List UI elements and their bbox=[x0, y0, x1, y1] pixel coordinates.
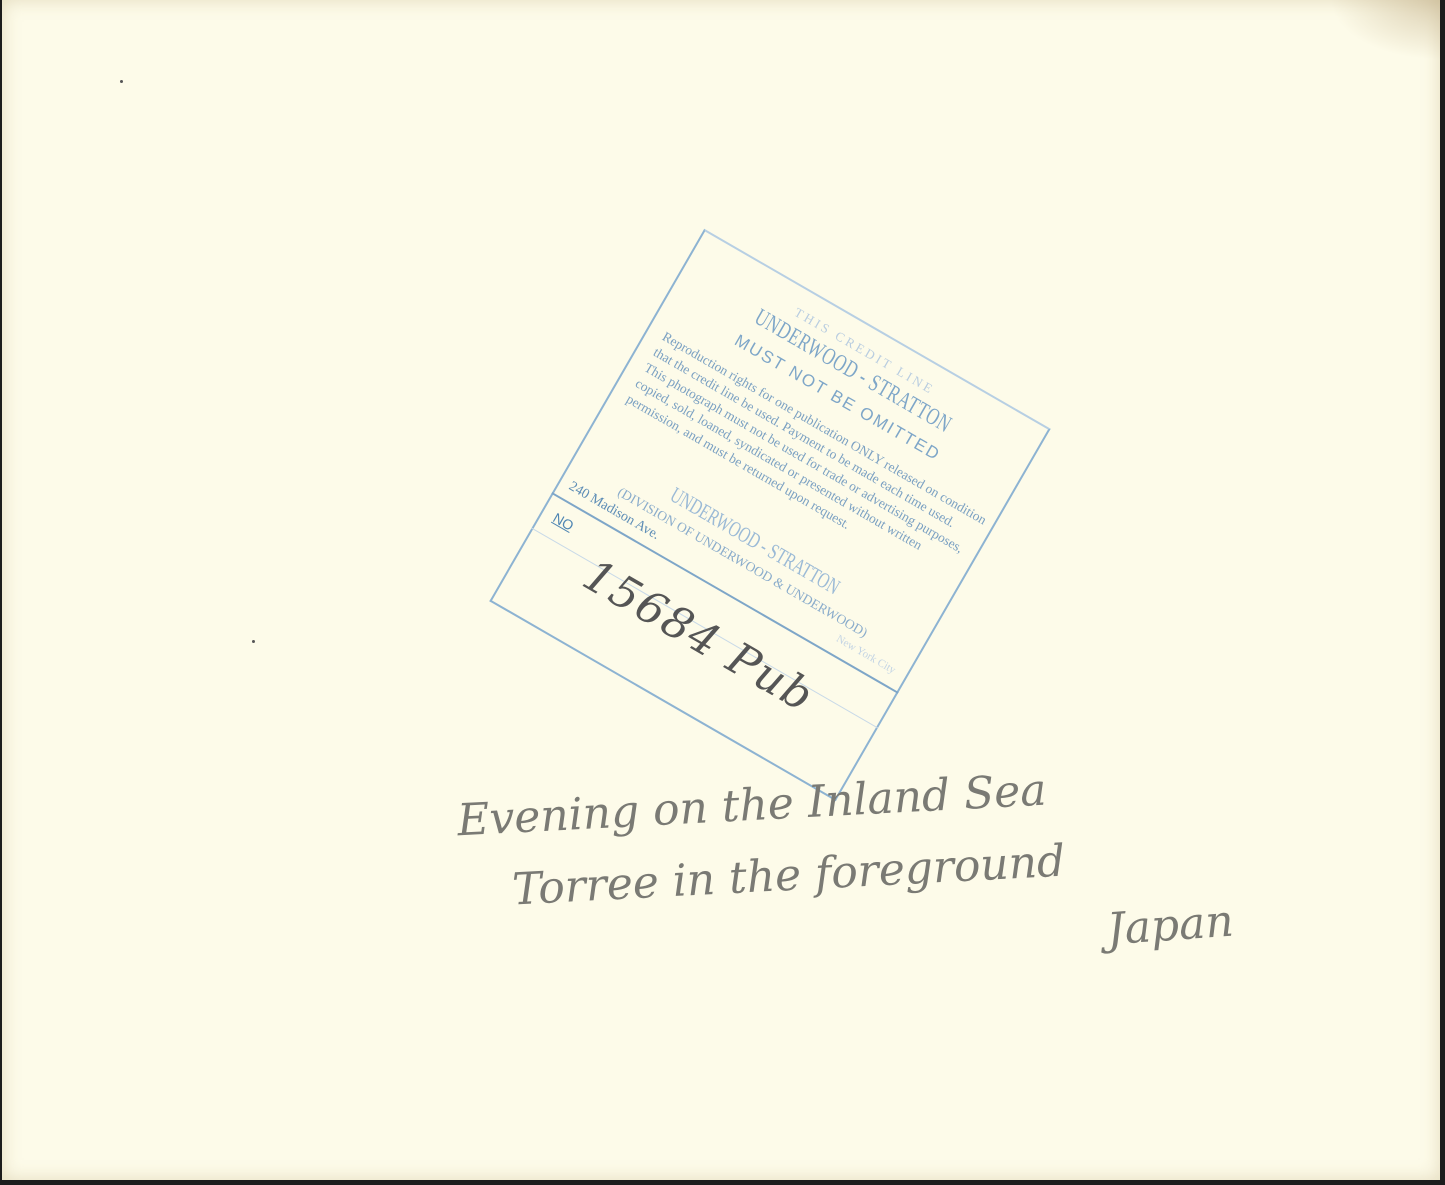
caption-line-3: Japan bbox=[1105, 896, 1235, 956]
speck bbox=[120, 80, 123, 83]
caption-line-1: Evening on the Inland Sea bbox=[456, 765, 1048, 847]
caption-line-2: Torree in the foreground bbox=[511, 836, 1066, 916]
credit-stamp: THIS CREDIT LINE UNDERWOOD - STRATTON MU… bbox=[489, 229, 1050, 801]
corner-stain bbox=[1330, 0, 1440, 60]
speck bbox=[252, 640, 255, 643]
photo-back-paper: THIS CREDIT LINE UNDERWOOD - STRATTON MU… bbox=[2, 0, 1440, 1180]
